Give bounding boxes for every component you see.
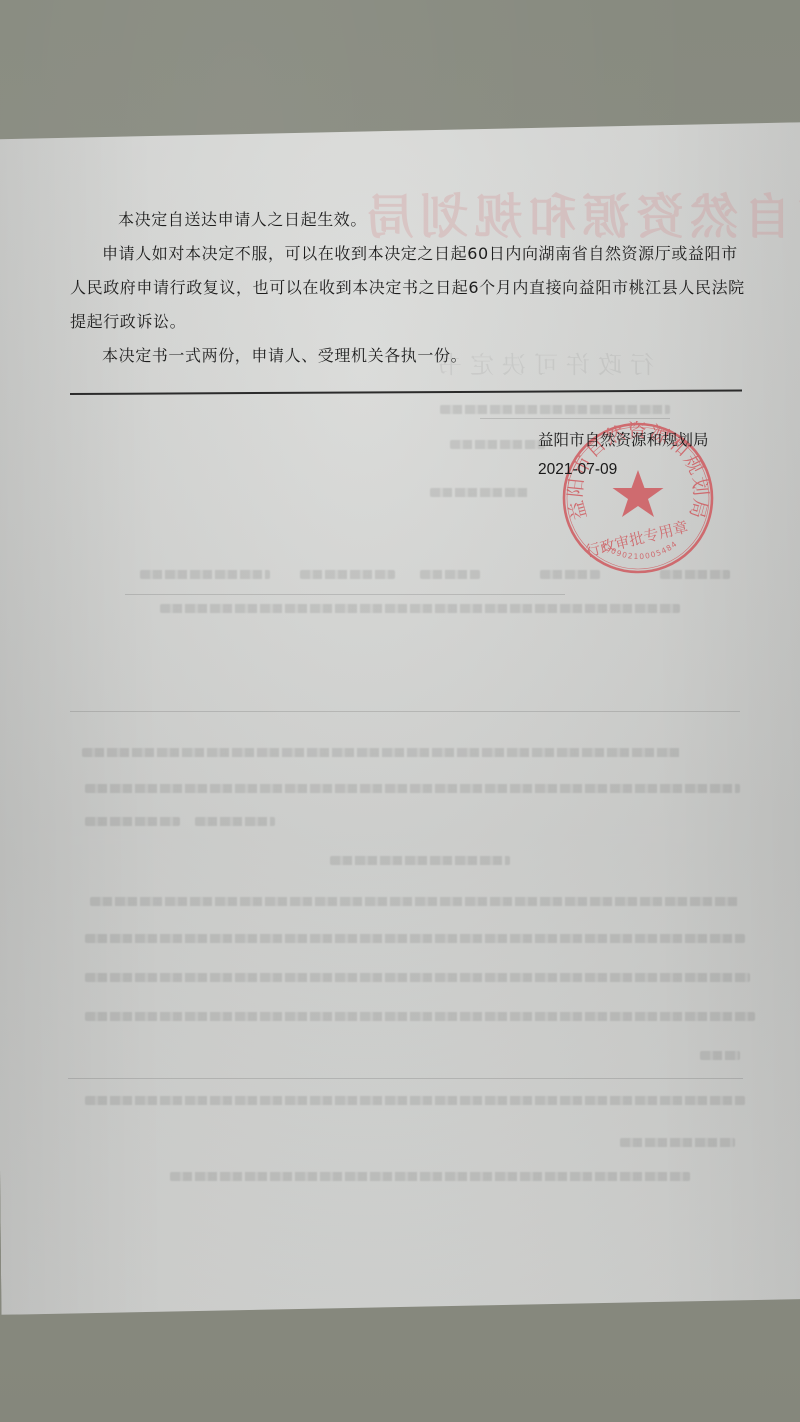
issue-date: 2021-07-09 xyxy=(538,461,617,479)
issuing-authority: 益阳市自然资源和规划局 xyxy=(538,428,709,450)
paragraph-effective-date: 本决定自送达申请人之日起生效。 xyxy=(118,207,367,230)
paragraph-appeal-line-1: 申请人如对本决定不服，可以在收到本决定之日起60日内向湖南省自然资源厅或益阳市 xyxy=(102,241,738,264)
paragraph-appeal-line-3: 提起行政诉讼。 xyxy=(70,309,186,332)
paragraph-appeal-line-2: 人民政府申请行政复议，也可以在收到本决定书之日起6个月内直接向益阳市桃江县人民法… xyxy=(70,275,745,298)
divider-rule xyxy=(70,389,742,395)
paragraph-copies: 本决定书一式两份，申请人、受理机关各执一份。 xyxy=(102,343,467,366)
star-icon xyxy=(613,470,664,517)
document-body: 本决定自送达申请人之日起生效。 申请人如对本决定不服，可以在收到本决定之日起60… xyxy=(0,0,800,1422)
